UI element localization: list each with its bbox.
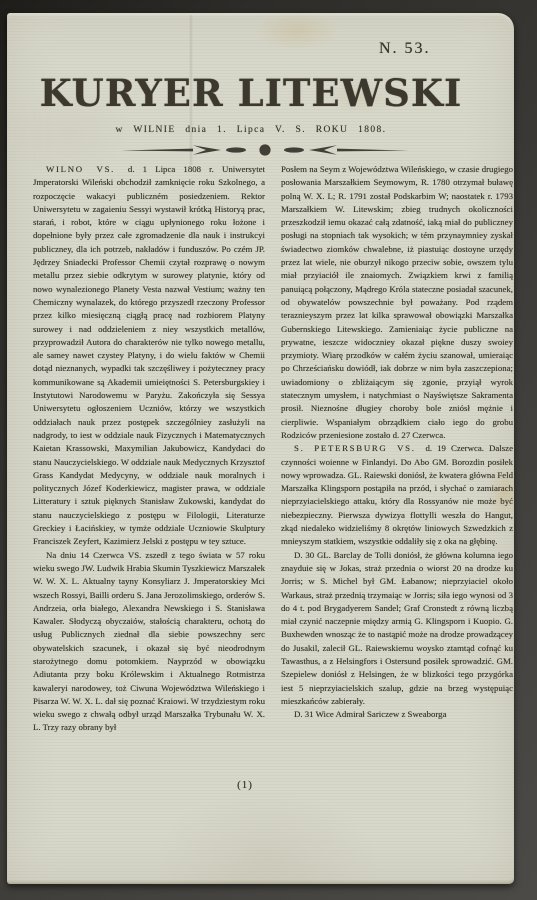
paragraph: Na dniu 14 Czerwca VS. zszedł z tego świ… [33,549,265,735]
ornament-divider-icon [121,142,409,158]
scan-background: { "page": { "issue_number": "N. 53.", "t… [0,0,537,900]
paragraph: S. PETERSBURG VS. d. 19 Czerwca. Dalsze … [281,442,513,548]
paragraph-lead: S. PETERSBURG VS. [294,443,425,453]
page-number-footer: (1) [213,779,277,791]
paragraph-lead: WILNO VS. [46,164,128,174]
left-column: WILNO VS. d. 1 Lipca 1808 r. Uniwersytet… [33,163,265,813]
paragraph: WILNO VS. d. 1 Lipca 1808 r. Uniwersytet… [33,163,265,549]
newspaper-title: KURYER LITEWSKI [15,73,487,114]
newspaper-page: N. 53. KURYER LITEWSKI w WILNIE dnia 1. … [7,13,514,884]
dateline: w WILNIE dnia 1. Lipca V. S. ROKU 1808. [15,125,487,135]
paragraph: D. 30 GL. Barclay de Tolli doniósł, że g… [281,549,513,709]
right-column: Posłem na Seym z Województwa Wileńskiego… [281,163,513,813]
paragraph: D. 31 Wice Admirał Sariczew z Sweaborga [281,708,513,721]
paragraph: Posłem na Seym z Województwa Wileńskiego… [281,163,513,442]
issue-number: N. 53. [379,40,499,58]
article-body: WILNO VS. d. 1 Lipca 1808 r. Uniwersytet… [33,163,513,813]
